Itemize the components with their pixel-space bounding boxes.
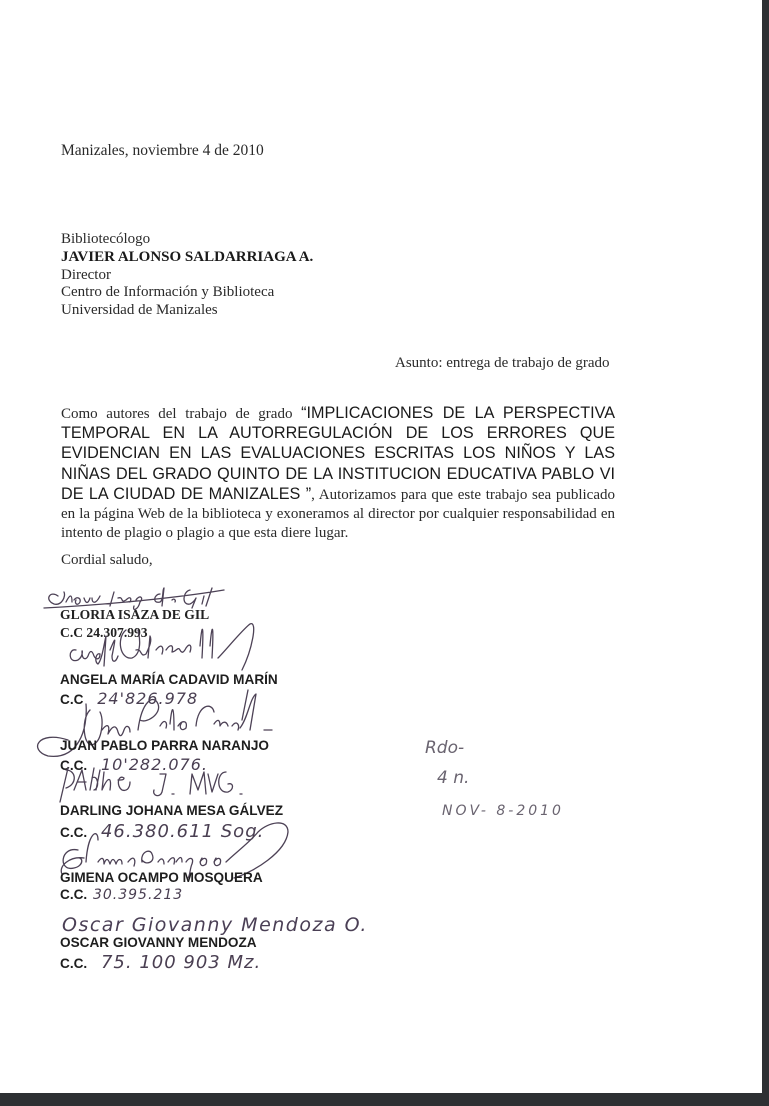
signer-id-handwritten: 75. 100 903 Mz. [101, 952, 261, 973]
subject-line: Asunto: entrega de trabajo de grado [395, 355, 610, 372]
recipient-block: Bibliotecólogo JAVIER ALONSO SALDARRIAGA… [61, 231, 313, 320]
place-date: Manizales, noviembre 4 de 2010 [61, 142, 264, 160]
signer-name: GIMENA OCAMPO MOSQUERA [60, 870, 263, 885]
recipient-name: JAVIER ALONSO SALDARRIAGA A. [61, 249, 313, 267]
recipient-title: Bibliotecólogo [61, 231, 313, 249]
signer-name: JUAN PABLO PARRA NARANJO [60, 738, 269, 753]
signer-block-6: OSCAR GIOVANNY MENDOZA C.C. 75. 100 903 … [60, 935, 261, 973]
signature-darling [56, 766, 276, 806]
signer-name: OSCAR GIOVANNY MENDOZA [60, 935, 261, 950]
closing: Cordial saludo, [61, 552, 153, 569]
signer-id-label: C.C. [60, 956, 87, 971]
scanned-letter-page: Manizales, noviembre 4 de 2010 Bibliotec… [0, 0, 762, 1093]
body-intro: Como autores del trabajo de grado [61, 406, 301, 422]
signer-id-row: C.C. 75. 100 903 Mz. [60, 952, 261, 973]
signer-block-5: GIMENA OCAMPO MOSQUERA C.C. 30.395.213 [60, 870, 263, 903]
receipt-note-line3: NOV- 8-2010 [442, 803, 564, 819]
signature-angela [66, 620, 266, 680]
signer-name: ANGELA MARÍA CADAVID MARÍN [60, 672, 278, 687]
signer-id-label: C.C. [60, 887, 87, 902]
recipient-department: Centro de Información y Biblioteca [61, 284, 313, 302]
recipient-institution: Universidad de Manizales [61, 302, 313, 320]
recipient-position: Director [61, 267, 313, 285]
signer-id-row: C.C. 30.395.213 [60, 887, 263, 903]
receipt-note-line2: 4 n. [437, 768, 469, 788]
body-paragraph: Como autores del trabajo de grado “IMPLI… [61, 404, 615, 543]
signer-id-handwritten: 30.395.213 [93, 887, 183, 903]
receipt-note-line1: Rdo- [425, 738, 464, 758]
signer-name: DARLING JOHANA MESA GÁLVEZ [60, 803, 283, 818]
signature-oscar: Oscar Giovanny Mendoza O. [62, 914, 368, 936]
